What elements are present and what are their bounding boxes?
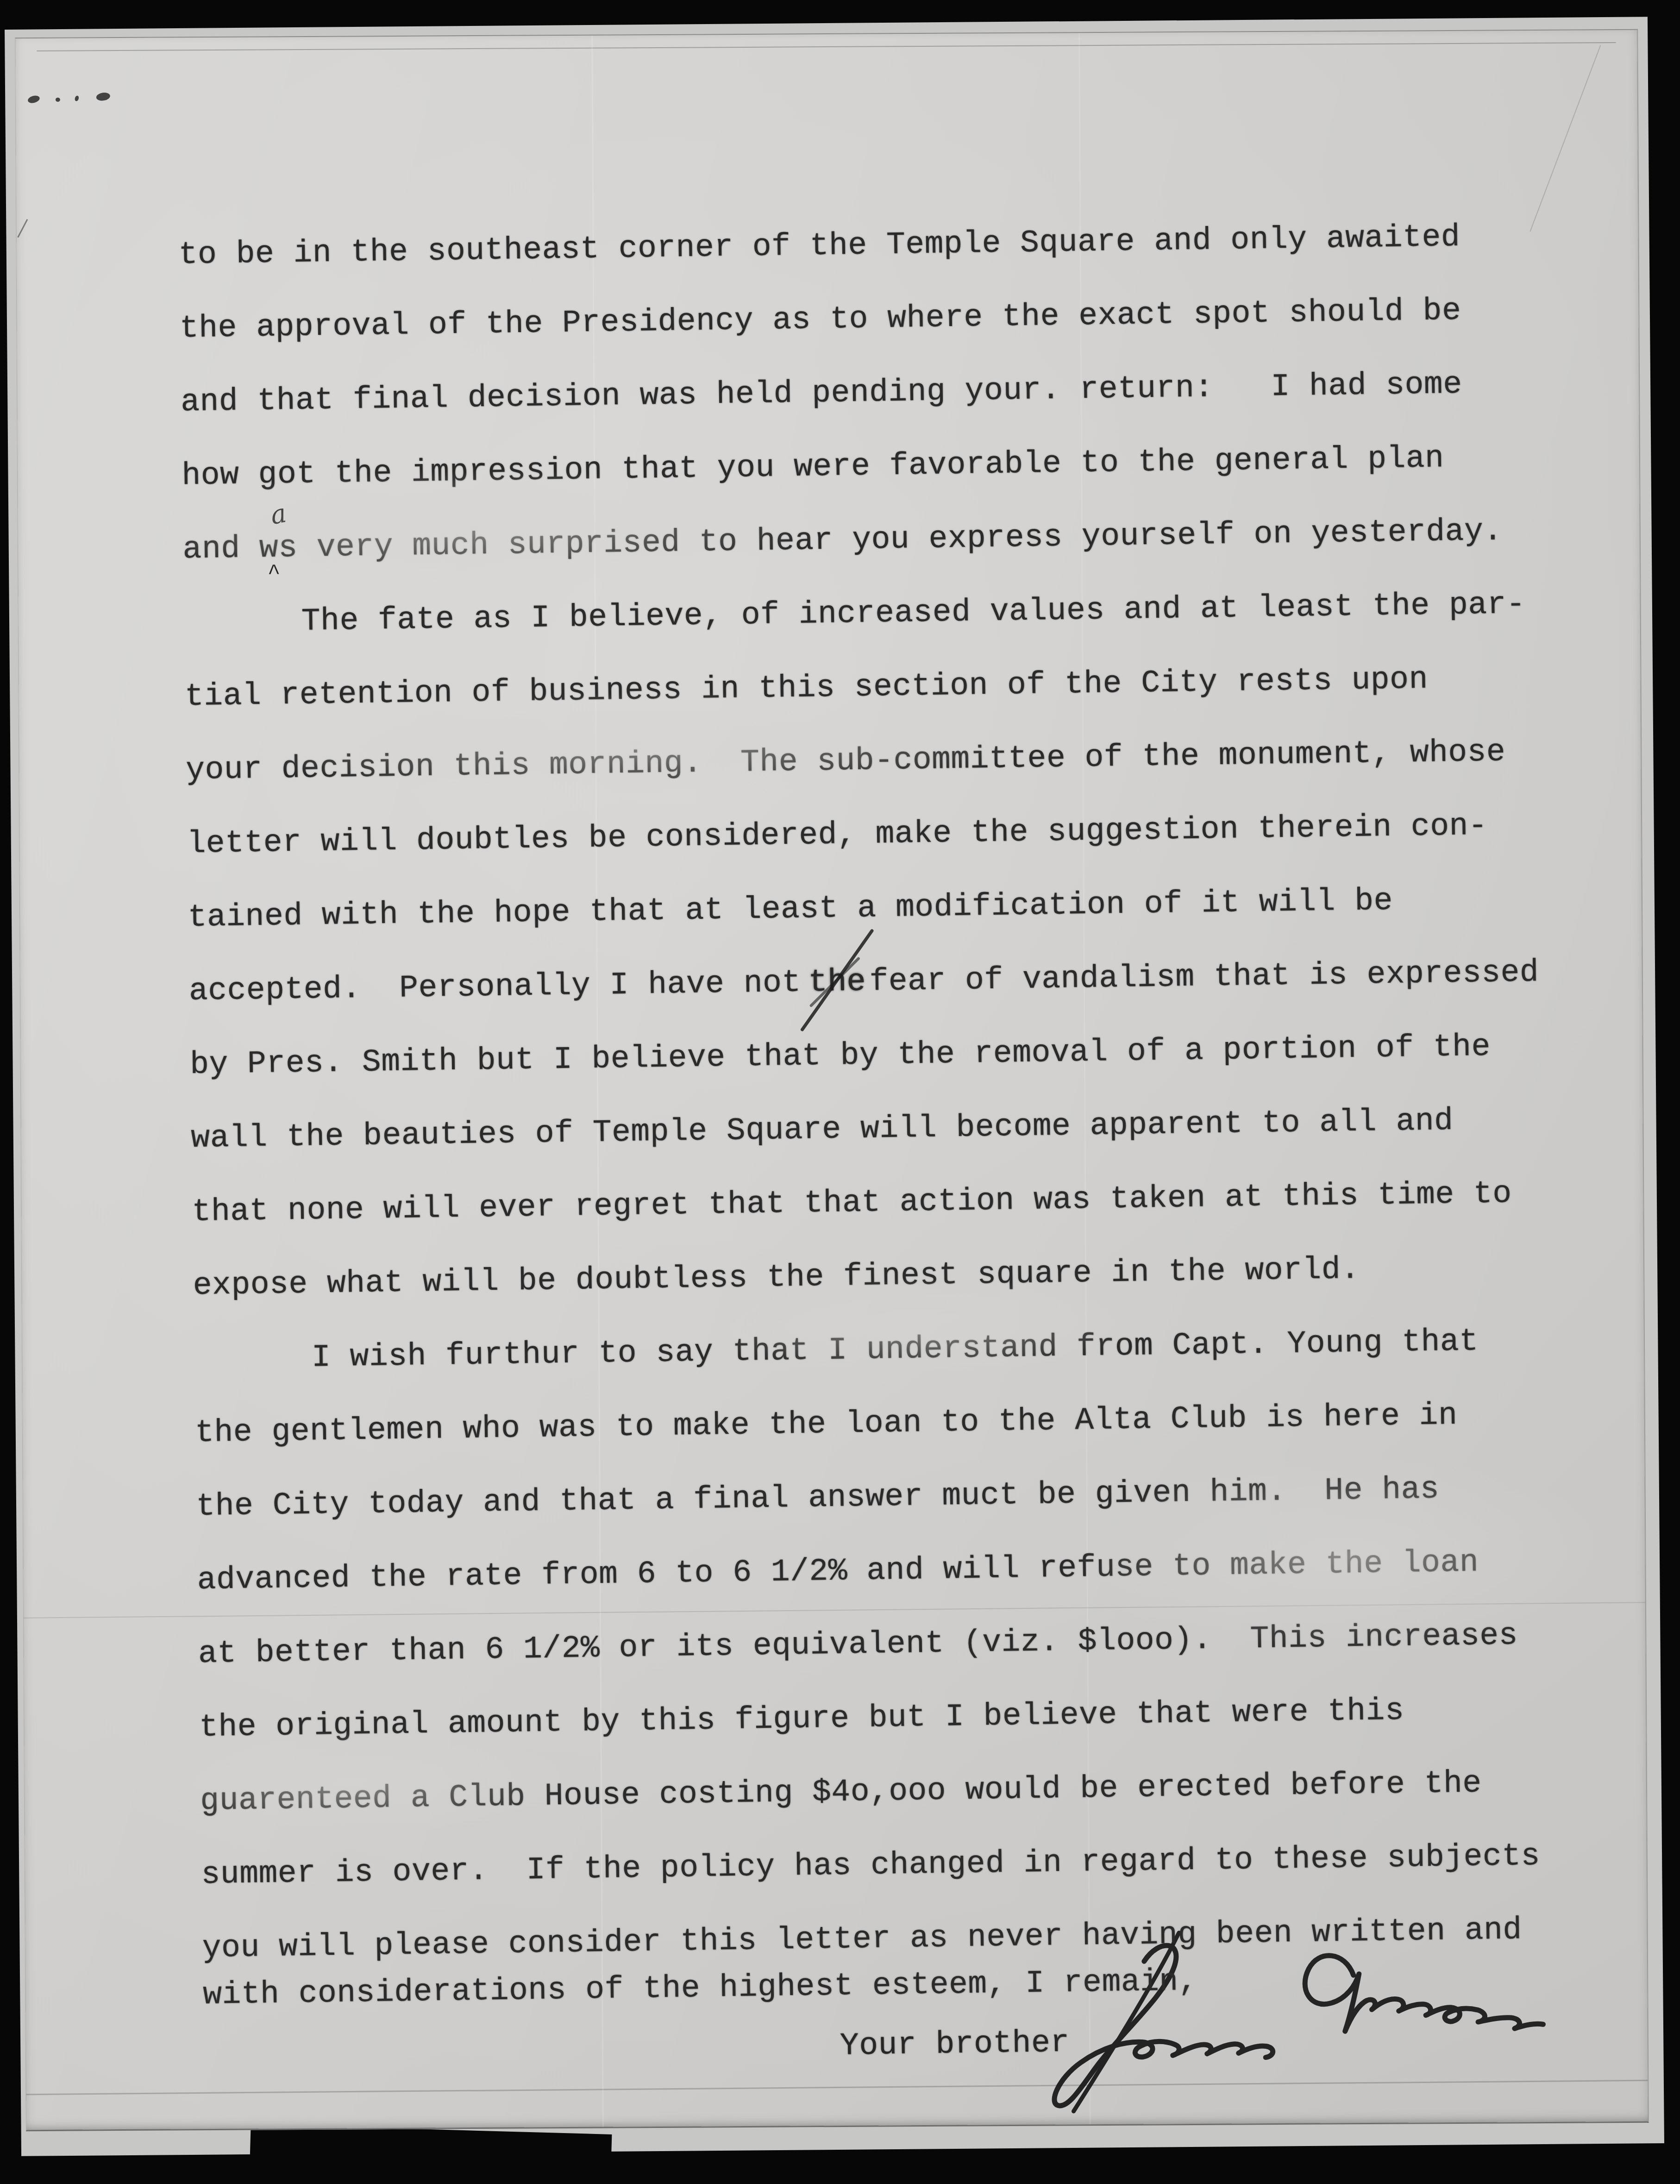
scan-background-wedge bbox=[250, 2124, 612, 2184]
letter-line: the gentlemen who was to make the loan t… bbox=[195, 1397, 1458, 1452]
letter-line: and that final decision was held pending… bbox=[181, 366, 1462, 421]
letter-line: accepted. Personally I have notthefear o… bbox=[188, 954, 1539, 1010]
letter-line: at better than 6 1/2% or its equivalent … bbox=[198, 1617, 1518, 1673]
letter-line: that none will ever regret that that act… bbox=[192, 1175, 1512, 1231]
text-layer: Your brother to be in the southeast corn… bbox=[13, 17, 1664, 2131]
letter-paper: Your brother to be in the southeast corn… bbox=[15, 29, 1649, 2131]
letter-line: the approval of the Presidency as to whe… bbox=[179, 293, 1461, 348]
handwritten-inserted-letter: a bbox=[268, 498, 289, 531]
scanned-letter-page: Your brother to be in the southeast corn… bbox=[0, 0, 1680, 2184]
letter-line: letter will doubtles be considered, make… bbox=[187, 808, 1488, 863]
letter-line: tial retention of business in this secti… bbox=[185, 661, 1429, 716]
letter-line: guarenteed a Club House costing $4o,ooo … bbox=[200, 1765, 1482, 1820]
letter-line: tained with the hope that at least a mod… bbox=[188, 883, 1393, 937]
letter-line: summer is over. If the policy has change… bbox=[201, 1838, 1540, 1894]
letter-line: expose what will be doubtless the finest… bbox=[193, 1251, 1360, 1305]
letter-line: advanced the rate from 6 to 6 1/2% and w… bbox=[197, 1544, 1479, 1599]
struck-out-word: the bbox=[808, 964, 866, 1002]
caret-mark: ^ bbox=[268, 560, 281, 586]
letter-line: wall the beauties of Temple Square will … bbox=[191, 1103, 1454, 1157]
letter-line: how got the impression that you were fav… bbox=[182, 440, 1444, 495]
overtyped-letter: sa^ bbox=[278, 530, 298, 567]
letter-line: and wsa^ very much surprised to hear you… bbox=[182, 513, 1503, 568]
letter-line: by Pres. Smith but I believe that by the… bbox=[190, 1029, 1491, 1084]
letter-line: the City today and that a final answer m… bbox=[196, 1471, 1440, 1526]
letter-line: the original amount by this figure but I… bbox=[199, 1693, 1404, 1747]
letter-line: your decision this morning. The sub-comm… bbox=[186, 734, 1506, 789]
letter-line: to be in the southeast corner of the Tem… bbox=[178, 219, 1460, 274]
letter-line: I wish furthur to say that I understand … bbox=[194, 1323, 1479, 1378]
letter-line: The fate as I believe, of increased valu… bbox=[183, 586, 1525, 642]
